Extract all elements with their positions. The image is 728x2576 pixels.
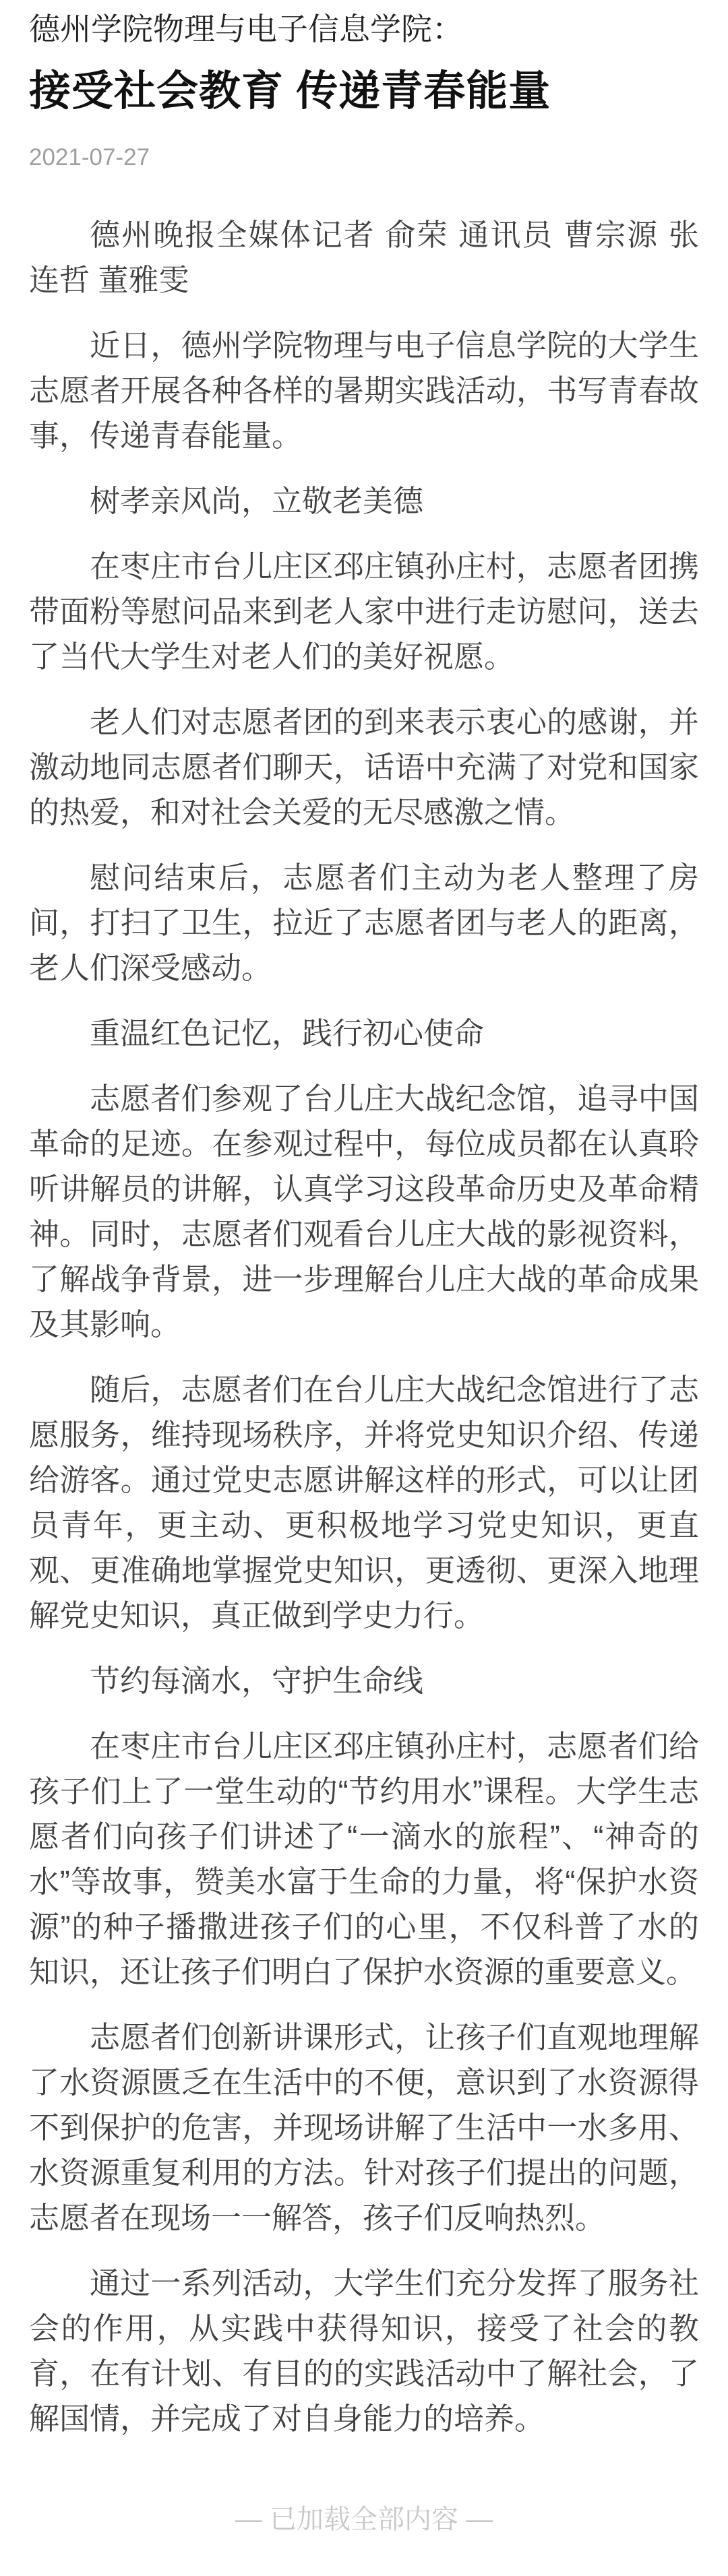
section-subhead: 节约每滴水，守护生命线 — [29, 1658, 699, 1703]
article-page: 德州学院物理与电子信息学院： 接受社会教育 传递青春能量 2021-07-27 … — [0, 0, 728, 2576]
article-paragraph: 随后，志愿者们在台儿庄大战纪念馆进行了志愿服务，维持现场秩序，并将党史知识介绍、… — [29, 1367, 699, 1638]
article-paragraph: 通过一系列活动，大学生们充分发挥了服务社会的作用，从实践中获得知识，接受了社会的… — [29, 2261, 699, 2441]
article-paragraph: 慰问结束后，志愿者们主动为老人整理了房间，打扫了卫生，拉近了志愿者团与老人的距离… — [29, 855, 699, 991]
article-paragraph: 在枣庄市台儿庄区邳庄镇孙庄村，志愿者们给孩子们上了一堂生动的“节约用水”课程。大… — [29, 1724, 699, 1994]
article-paragraph: 志愿者们创新讲课形式，让孩子们直观地理解了水资源匮乏在生活中的不便，意识到了水资… — [29, 2015, 699, 2240]
article-title: 接受社会教育 传递青春能量 — [29, 66, 699, 117]
section-subhead: 树孝亲风尚，立敬老美德 — [29, 478, 699, 524]
section-subhead: 重温红色记忆，践行初心使命 — [29, 1011, 699, 1056]
byline: 德州晚报全媒体记者 俞荣 通讯员 曹宗源 张连哲 董雅雯 — [29, 212, 699, 303]
article-paragraph: 老人们对志愿者团的到来表示衷心的感谢，并激动地同志愿者们聊天，话语中充满了对党和… — [29, 699, 699, 835]
article-body: 德州晚报全媒体记者 俞荣 通讯员 曹宗源 张连哲 董雅雯近日，德州学院物理与电子… — [29, 212, 699, 2441]
article-paragraph: 志愿者们参观了台儿庄大战纪念馆，追寻中国革命的足迹。在参观过程中，每位成员都在认… — [29, 1076, 699, 1347]
article-date: 2021-07-27 — [29, 144, 699, 172]
article-kicker: 德州学院物理与电子信息学院： — [29, 9, 699, 50]
article-paragraph: 近日，德州学院物理与电子信息学院的大学生志愿者开展各种各样的暑期实践活动，书写青… — [29, 323, 699, 458]
all-content-loaded-label: — 已加载全部内容 — — [29, 2503, 699, 2536]
article-paragraph: 在枣庄市台儿庄区邳庄镇孙庄村，志愿者团携带面粉等慰问品来到老人家中进行走访慰问，… — [29, 544, 699, 679]
